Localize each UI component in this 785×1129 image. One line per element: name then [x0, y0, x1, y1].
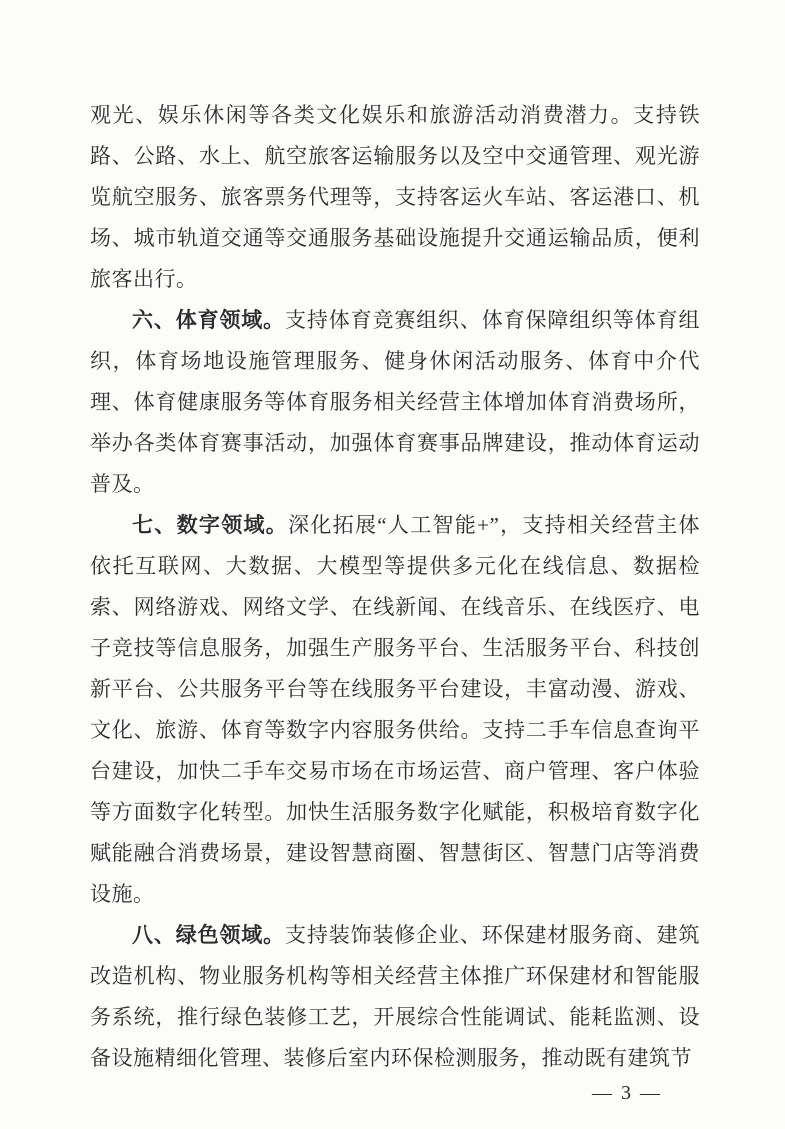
paragraph-section-7-digital: 七、数字领域。深化拓展“人工智能+”，支持相关经营主体依托互联网、大数据、大模型…: [90, 505, 700, 915]
document-page: 观光、娱乐休闲等各类文化娱乐和旅游活动消费潜力。支持铁路、公路、水上、航空旅客运…: [0, 0, 785, 1129]
section-heading-6: 六、体育领域。: [132, 308, 285, 332]
paragraph-text: 观光、娱乐休闲等各类文化娱乐和旅游活动消费潜力。支持铁路、公路、水上、航空旅客运…: [90, 103, 700, 291]
paragraph-section-8-green: 八、绿色领域。支持装饰装修企业、环保建材服务商、建筑改造机构、物业服务机构等相关…: [90, 915, 700, 1079]
paragraph-transport-continued: 观光、娱乐休闲等各类文化娱乐和旅游活动消费潜力。支持铁路、公路、水上、航空旅客运…: [90, 95, 700, 300]
section-heading-8: 八、绿色领域。: [132, 923, 285, 947]
paragraph-text: 支持体育竞赛组织、体育保障组织等体育组织，体育场地设施管理服务、健身休闲活动服务…: [90, 308, 700, 496]
section-heading-7: 七、数字领域。: [132, 513, 288, 537]
page-number: — 3 —: [90, 1081, 700, 1105]
paragraph-text: 深化拓展“人工智能+”，支持相关经营主体依托互联网、大数据、大模型等提供多元化在…: [90, 513, 700, 906]
paragraph-section-6-sports: 六、体育领域。支持体育竞赛组织、体育保障组织等体育组织，体育场地设施管理服务、健…: [90, 300, 700, 505]
document-body: 观光、娱乐休闲等各类文化娱乐和旅游活动消费潜力。支持铁路、公路、水上、航空旅客运…: [90, 95, 700, 1079]
